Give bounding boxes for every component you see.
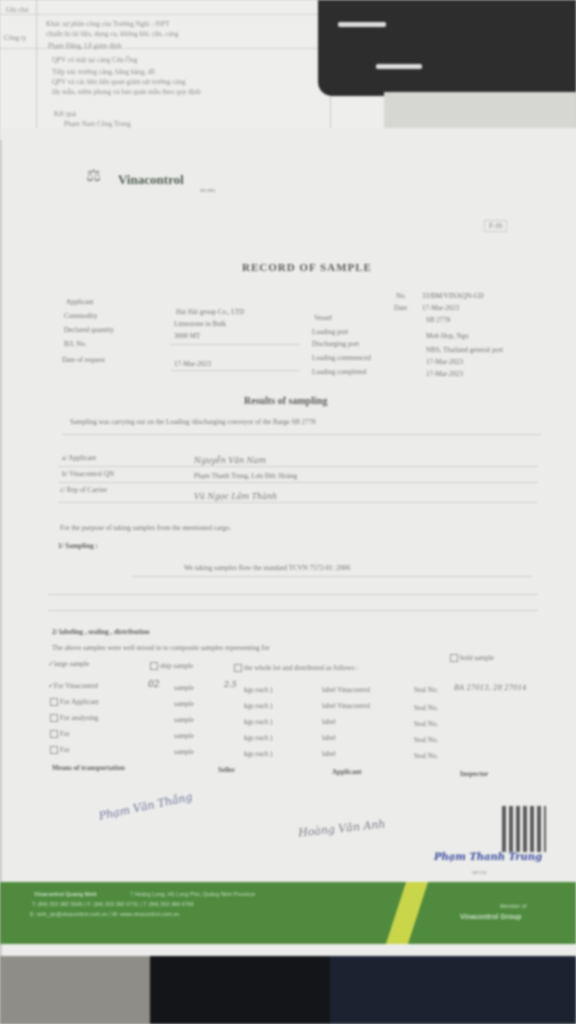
party-label: a/ Applicant	[62, 454, 96, 462]
labeling-heading: 2/ labeling , sealing , distribution	[52, 628, 149, 636]
field-value: Limestone in Bulk	[174, 320, 226, 328]
bg-label-1: Công ty	[4, 34, 26, 42]
signature-role: Applicant	[332, 768, 362, 776]
distribution-count: 02	[148, 680, 159, 690]
field-label: Discharging port	[312, 340, 359, 348]
desk-bottom	[0, 956, 576, 1024]
logo-sub: ISO 9001	[200, 188, 215, 193]
seal-value: BA 27013, 28 27014	[454, 684, 527, 692]
distribution-for: For	[60, 730, 70, 738]
distribution-label: label	[322, 734, 336, 742]
qr-code-icon	[502, 806, 546, 852]
distribution-for: For Vinacontrol	[54, 682, 98, 690]
hold-sample-label: hold sample	[460, 654, 494, 662]
purpose-text: For the purpose of taking samples from t…	[60, 524, 231, 532]
bg-text: QPV có mặt tại cảng Cửa Ông	[52, 56, 137, 64]
checkbox[interactable]	[234, 664, 242, 672]
form-code: F-16	[484, 220, 507, 232]
sample-word: sample	[174, 748, 194, 756]
field-label: Vessel	[314, 314, 332, 322]
field-label: No.	[396, 292, 406, 300]
signature-role: Inspector	[460, 770, 488, 778]
field-value: SB 2778	[426, 316, 450, 324]
sampling-heading: 1/ Sampling :	[58, 542, 98, 550]
document-title: RECORD OF SAMPLE	[242, 262, 372, 274]
field-label: Loading port	[312, 328, 348, 336]
logo-icon: ⚖	[86, 166, 101, 186]
field-label: Loading commenced	[312, 354, 371, 362]
footer-company: Vinacontrol Quang Ninh	[34, 892, 97, 898]
signature-role: Seller	[218, 766, 235, 774]
signature-role: Means of transportation	[52, 764, 125, 772]
seal-label: Seal No.	[414, 752, 438, 760]
sample-word: sample	[174, 700, 194, 708]
field-label: Date	[394, 304, 407, 312]
checkbox[interactable]	[450, 654, 458, 662]
sample-type-whole-lot[interactable]: the whole lot and distributed as follows…	[234, 664, 358, 672]
results-intro: Sampling was carrying out on the Loading…	[70, 418, 316, 426]
sample-type-label: large sample	[54, 660, 89, 668]
field-value: 33/BM/VINAQN-GD	[422, 292, 484, 300]
field-value: 17-Mar-2023	[426, 358, 463, 366]
record-of-sample-document: ⚖ Vinacontrol ISO 9001 F-16 RECORD OF SA…	[2, 128, 576, 958]
party-label: b/ Vinacontrol QN	[62, 470, 114, 478]
kg-each: kgs each )	[244, 750, 272, 758]
field-label: Date of request	[62, 356, 105, 364]
bg-text: chuẩn bị tài liệu, dụng cụ, không khí, c…	[46, 30, 178, 38]
seal-label: Seal No.	[414, 704, 438, 712]
field-value: 3000 MT	[174, 332, 200, 340]
bg-text: Khác sự phân công của Trưởng Nghi - ISPT	[46, 20, 170, 28]
sample-type-label: ship sample	[160, 662, 193, 670]
field-label: Commodity	[64, 312, 97, 320]
field-label: Declared quantity	[64, 326, 114, 334]
footer-address: 7 Hoàng Long, Hồ Long Phú, Quảng Ninh Pr…	[130, 892, 255, 898]
footer-group-name: Vinacontrol Group	[460, 914, 521, 921]
party-name: Phạm Thanh Trung, Lưu Đức Hoàng	[194, 472, 297, 480]
distribution-label: label	[322, 750, 336, 758]
inspector-sub: GĐ CGS	[472, 870, 487, 875]
dark-device	[318, 0, 576, 96]
kg-each: kgs each )	[244, 702, 272, 710]
footer-email: E: vinh_qn@vinacontrol.com.vn | W: www.v…	[30, 912, 179, 918]
bg-label-0: Ghi chú	[6, 6, 28, 14]
bg-text: lấy mẫu, niêm phong và bảo quản mẫu theo…	[52, 88, 201, 96]
bg-text: Phạm Đăng, Lễ giám định	[48, 42, 122, 50]
bg-text: QPV và các bên liên quan giám sát trường…	[52, 78, 186, 86]
sample-word: sample	[174, 732, 194, 740]
signature-applicant: Hoàng Văn Anh	[298, 817, 386, 839]
results-heading: Results of sampling	[244, 396, 327, 407]
distribution-for: For analysing	[60, 714, 98, 722]
signature-inspector: Phạm Thanh Trung	[434, 852, 542, 863]
footer-member-label: Member of	[500, 904, 526, 910]
sample-word: sample	[174, 716, 194, 724]
distribution-label: label	[322, 718, 336, 726]
sample-type-label: the whole lot and distributed as follows…	[244, 664, 358, 672]
footer-accent-stripe	[386, 882, 428, 944]
bg-text: Kết quả	[54, 110, 76, 118]
sample-type-ship[interactable]: ship sample	[150, 662, 193, 670]
document-footer: Vinacontrol Quang Ninh 7 Hoàng Long, Hồ …	[0, 882, 576, 944]
distribution-label: label Vinacontrol	[322, 702, 370, 710]
field-value: 17-Mar-2023	[426, 370, 463, 378]
sample-type-large[interactable]: ✓large sample	[48, 660, 89, 668]
party-signature: Nguyễn Văn Nam	[194, 456, 266, 465]
field-label: Loading completed	[312, 368, 366, 376]
party-signature: Vũ Ngọc Lâm Thành	[194, 492, 277, 501]
sample-word: sample	[174, 684, 194, 692]
field-value: Mob Hop, Ngu	[426, 332, 469, 340]
kg-each: kgs each )	[244, 718, 272, 726]
kg-each: kgs each )	[244, 686, 272, 694]
checkbox[interactable]	[150, 662, 158, 670]
distribution-for: For	[60, 746, 70, 754]
party-label: c/ Rep of Carrier	[60, 486, 107, 494]
field-label: Applicant	[66, 298, 94, 306]
bg-text: Phạm Nam Công Trung	[64, 120, 131, 128]
field-value: Hai Hải group Co., LTD	[176, 308, 244, 316]
field-value: NBS, Thailand general port	[426, 346, 503, 354]
sampling-text: We taking samples flow the standard TCVN…	[184, 564, 351, 572]
seal-label: Seal No.	[414, 720, 438, 728]
field-value: 17-Mar-2023	[174, 360, 211, 368]
logo-text: Vinacontrol	[118, 172, 184, 188]
hold-sample-option[interactable]: hold sample	[450, 654, 494, 662]
signature-transport: Phạm Văn Thắng	[98, 790, 194, 823]
dark-cloth	[330, 956, 576, 1024]
seal-label: Seal No.	[414, 686, 438, 694]
bg-text: Tiếp xúc trưởng cảng, bằng hàng, đỗ	[52, 68, 155, 76]
seal-label: Seal No.	[414, 736, 438, 744]
distribution-weight: 2.5	[224, 680, 237, 689]
kg-each: kgs each )	[244, 734, 272, 742]
footer-phone: T: (84) 203 382 5545 | F: (84) 203 382 6…	[32, 902, 194, 908]
field-value: 17-Mar-2023	[422, 304, 459, 312]
labeling-text: The above samples were well mixed in to …	[52, 644, 270, 652]
field-label: B/L No.	[64, 340, 87, 348]
distribution-for: For Applicant	[60, 698, 99, 706]
distribution-label: label Vinacontrol	[322, 686, 370, 694]
